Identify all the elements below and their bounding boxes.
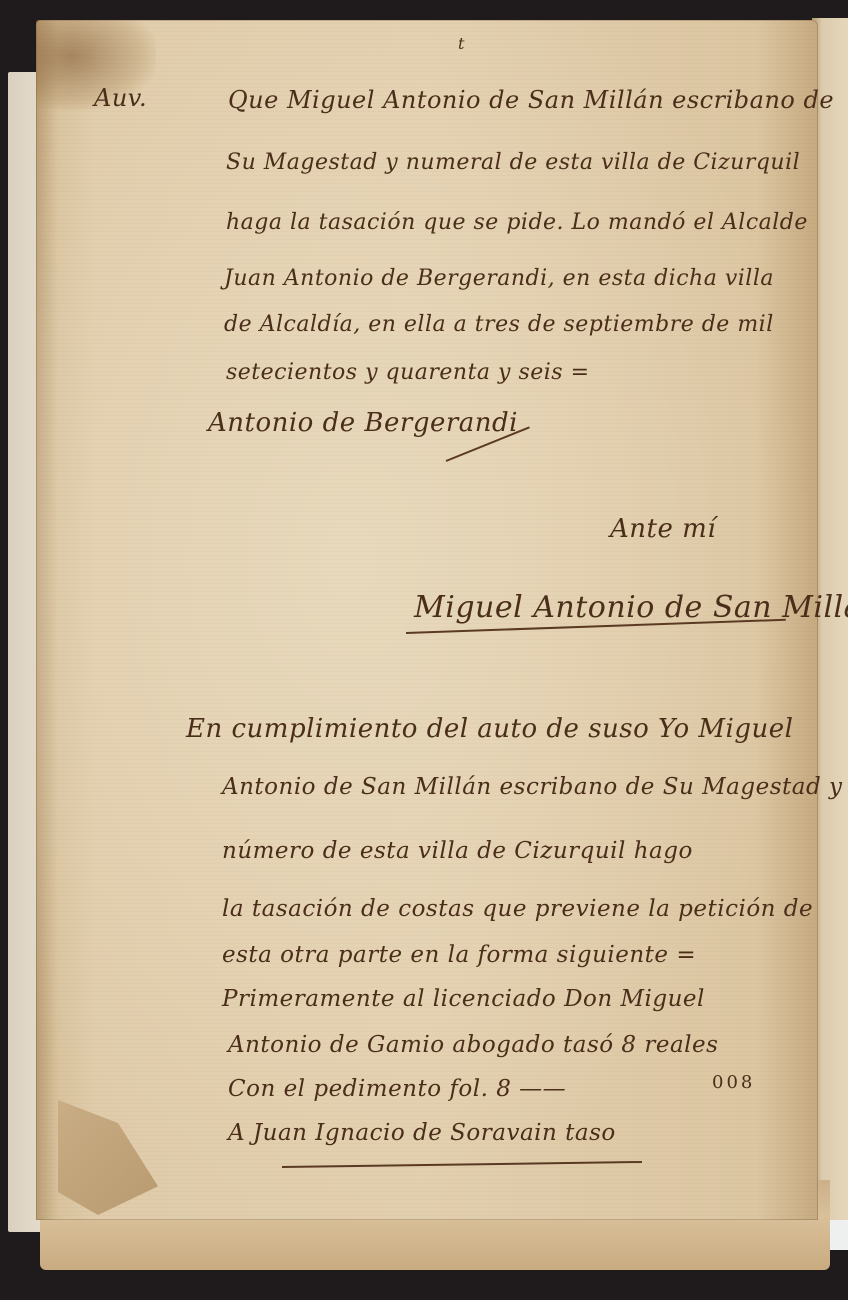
- para2-line-9: A Juan Ignacio de Soravain taso: [228, 1120, 616, 1146]
- ante-mi: Ante mí: [610, 514, 716, 544]
- para2-line-3: número de esta villa de Cizurquil hago: [222, 838, 693, 864]
- signature-bergerandi: Antonio de Bergerandi: [208, 408, 518, 438]
- para1-line-3: haga la tasación que se pide. Lo mandó e…: [226, 210, 808, 235]
- manuscript-page: t Auv. Que Miguel Antonio de San Millán …: [36, 20, 818, 1220]
- para2-line-6: Primeramente al licenciado Don Miguel: [222, 986, 705, 1012]
- top-mark: t: [458, 34, 465, 53]
- para1-line-2: Su Magestad y numeral de esta villa de C…: [226, 150, 800, 175]
- para2-line-1: En cumplimiento del auto de suso Yo Migu…: [186, 714, 793, 744]
- para1-line-5: de Alcaldía, en ella a tres de septiembr…: [224, 312, 774, 337]
- para1-line-4: Juan Antonio de Bergerandi, en esta dich…: [224, 266, 774, 291]
- amount-column: 008: [712, 1072, 755, 1093]
- para2-line-7: Antonio de Gamio abogado tasó 8 reales: [228, 1032, 718, 1058]
- para2-line-5: esta otra parte en la forma siguiente =: [222, 942, 696, 968]
- margin-note: Auv.: [94, 84, 147, 112]
- para2-line-4: la tasación de costas que previene la pe…: [222, 896, 813, 922]
- closing-rule: [282, 1161, 642, 1168]
- para2-line-8: Con el pedimento fol. 8 ——: [228, 1076, 566, 1102]
- para1-line-6: setecientos y quarenta y seis =: [226, 360, 590, 385]
- para1-line-1: Que Miguel Antonio de San Millán escriba…: [228, 86, 834, 114]
- para2-line-2: Antonio de San Millán escribano de Su Ma…: [222, 774, 848, 800]
